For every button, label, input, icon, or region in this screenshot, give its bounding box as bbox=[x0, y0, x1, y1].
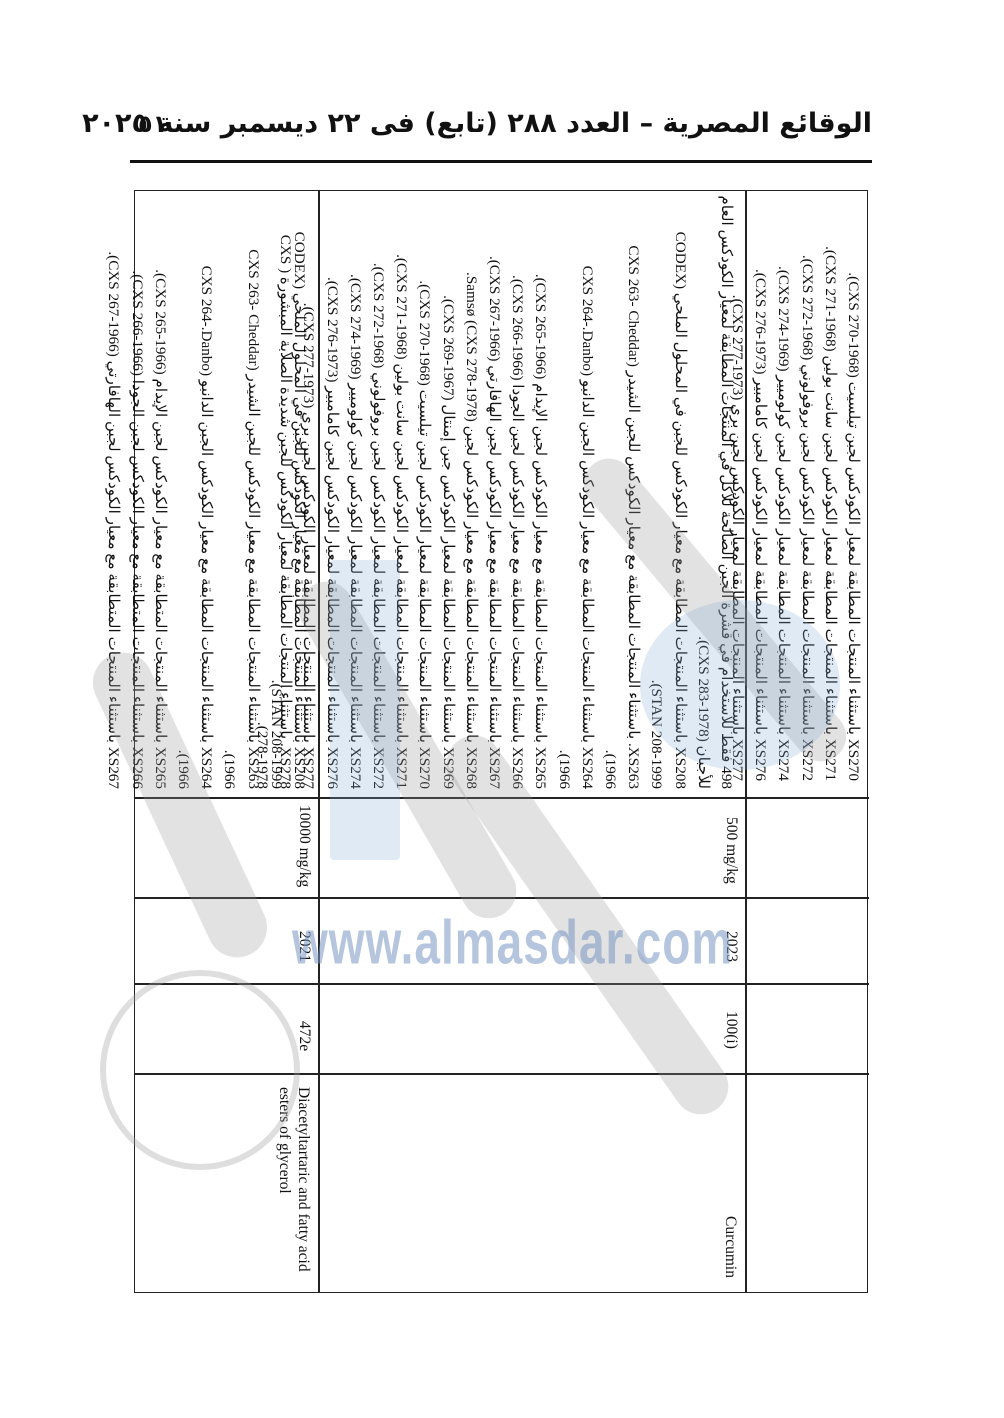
page-number: ٥١ bbox=[138, 110, 167, 138]
gazette-title: الوقائع المصرية – العدد ٢٨٨ (تابع) فى ٢٢… bbox=[82, 108, 872, 139]
note-line: XS270 باستثناء المنتجات المطابقة لمعيار … bbox=[842, 201, 865, 781]
datem-name: Diacetyltartaric and fatty acid esters o… bbox=[275, 1087, 313, 1292]
note-line: XS263. باستثناء المنتجات المطابقة مع معي… bbox=[622, 199, 645, 789]
curcumin-name-cell: Curcumin bbox=[721, 1216, 740, 1278]
note-line: XS264 باستثناء المنتجات المطابقة مع معيا… bbox=[576, 199, 599, 789]
note-line: 1966). bbox=[599, 199, 622, 789]
note-line: XS266 باستثناء المنتجات المطابقة مع معيا… bbox=[506, 199, 529, 789]
note-line: للأجبان (CXS 283-1978). bbox=[692, 199, 715, 789]
column-divider bbox=[135, 983, 869, 985]
note-line: XS267 باستثناء المنتجات المتطابقة مع معي… bbox=[102, 199, 125, 789]
note-line: XS276 باستثناء المنتجات المطابقة لمعيار … bbox=[749, 201, 772, 781]
note-line: XS274 باستثناء المنتجات المطابقة لمعيار … bbox=[344, 199, 367, 789]
curcumin-name: Curcumin bbox=[721, 1216, 740, 1278]
additives-table: XS270 باستثناء المنتجات المطابقة لمعيار … bbox=[134, 190, 868, 1293]
note-line: XS268 باستثناء المنتجات المطابقة مع معيا… bbox=[460, 199, 483, 789]
note-line: 1966). bbox=[552, 199, 575, 789]
note-line: STAN 208-1999). bbox=[645, 199, 668, 789]
datem-ins: 472e bbox=[295, 1021, 313, 1051]
note-line: XS208 باستثناء المنتجات المطابقة مع معيا… bbox=[288, 199, 311, 789]
note-line: XS265 باستثناء المنتجات المتطابقة مع معي… bbox=[149, 199, 172, 789]
note-line: STAN 208-1999). bbox=[265, 199, 288, 789]
note-line: XS272 باستثناء المنتجات المطابقة لمعيار … bbox=[367, 199, 390, 789]
column-divider bbox=[135, 1073, 869, 1075]
note-line: 1966). bbox=[218, 199, 241, 789]
curcumin-year: 2023 bbox=[722, 931, 740, 962]
note-line: XS272 باستثناء المنتجات المطابقة لمعيار … bbox=[795, 201, 818, 781]
header-divider bbox=[130, 160, 872, 163]
datem-max-level-cell: 10000 mg/kg bbox=[295, 805, 313, 887]
continuation-notes: XS270 باستثناء المنتجات المطابقة لمعيار … bbox=[726, 201, 865, 781]
note-line: XS271 باستثناء المنتجات المطابقة لمعيار … bbox=[390, 199, 413, 789]
note-line: 1966). bbox=[172, 199, 195, 789]
note-line: XS208 باستثناء المنتجات المطابقة مع معيا… bbox=[668, 199, 691, 789]
note-line: XS263 باستثناء المنتجات المطابقة مع معيا… bbox=[241, 199, 264, 789]
column-divider bbox=[135, 897, 869, 899]
curcumin-notes-cell: 498 فقط للاستخدام في قشرة الجبن الصالحة … bbox=[251, 199, 738, 789]
curcumin-notes: 498 فقط للاستخدام في قشرة الجبن الصالحة … bbox=[251, 199, 738, 789]
note-line: XS264 باستثناء المنتجات المطابقة مع معيا… bbox=[195, 199, 218, 789]
datem-name-cell: Diacetyltartaric and fatty acid esters o… bbox=[275, 1087, 313, 1292]
datem-max-level: 10000 mg/kg bbox=[295, 805, 313, 887]
note-line: XS267 باستثناء المنتجات المطابقة مع معيا… bbox=[483, 199, 506, 789]
note-line: XS269 باستثناء المنتجات المطابقة لمعيار … bbox=[436, 199, 459, 789]
note-line: XS271 باستثناء المنتجات المطابقة لمعيار … bbox=[819, 201, 842, 781]
curcumin-max-level: 500 mg/kg bbox=[722, 803, 740, 907]
note-line: XS274 باستثناء المنتجات المطابقة لمعيار … bbox=[772, 201, 795, 781]
datem-year: 2021 bbox=[295, 931, 313, 962]
curcumin-max-level-cell: 500 mg/kg bbox=[722, 803, 740, 907]
note-line: XS266 باستثناء المنتجات المتطابقة مع معي… bbox=[125, 199, 148, 789]
datem-ins-cell: 472e bbox=[295, 1021, 313, 1051]
column-divider bbox=[135, 797, 869, 799]
continuation-notes-cell: XS270 باستثناء المنتجات المطابقة لمعيار … bbox=[726, 201, 865, 781]
curcumin-year-cell: 2023 bbox=[722, 931, 740, 962]
datem-notes-cell: XS208 باستثناء المنتجات المطابقة مع معيا… bbox=[102, 199, 311, 789]
datem-notes: XS208 باستثناء المنتجات المطابقة مع معيا… bbox=[102, 199, 311, 789]
datem-year-cell: 2021 bbox=[295, 931, 313, 962]
page-header: الوقائع المصرية – العدد ٢٨٨ (تابع) فى ٢٢… bbox=[130, 108, 872, 148]
note-line: XS276 باستثناء المنتجات المطابقة لمعيار … bbox=[320, 199, 343, 789]
note-line: XS265 باستثناء المنتجات المطابقة مع معيا… bbox=[529, 199, 552, 789]
curcumin-ins-cell: 100(i) bbox=[722, 1011, 740, 1049]
note-line: XS270 باستثناء المنتجات المطابقة لمعيار … bbox=[413, 199, 436, 789]
note-line: 498 فقط للاستخدام في قشرة الجبن الصالحة … bbox=[715, 199, 738, 789]
curcumin-ins: 100(i) bbox=[722, 1011, 740, 1049]
